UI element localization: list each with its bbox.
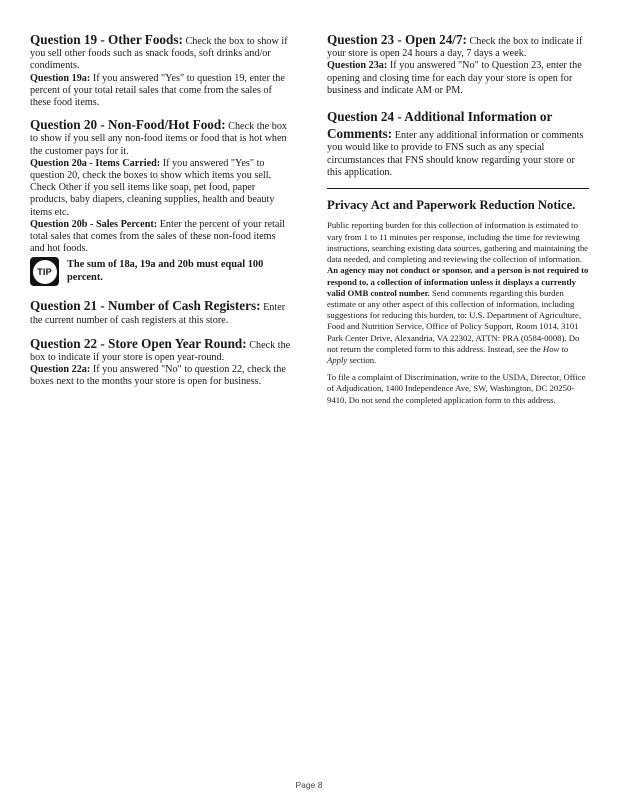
question-22a-label: Question 22a: <box>30 364 90 375</box>
tip-text: The sum of 18a, 19a and 20b must equal 1… <box>67 257 292 284</box>
section-divider <box>327 188 589 190</box>
privacy-text-1: Public reporting burden for this collect… <box>327 220 588 264</box>
left-column: Question 19 - Other Foods: Check the box… <box>30 33 292 398</box>
tip-icon-label: TIP <box>33 260 57 284</box>
question-21: Question 21 - Number of Cash Registers: … <box>30 299 292 326</box>
question-23a-label: Question 23a: <box>327 60 387 71</box>
question-19: Question 19 - Other Foods: Check the box… <box>30 33 292 109</box>
question-20a-label: Question 20a - Items Carried: <box>30 158 160 169</box>
privacy-notice-title: Privacy Act and Paperwork Reduction Noti… <box>327 198 589 212</box>
question-24: Question 24 - Additional Information or … <box>327 109 589 180</box>
question-23: Question 23 - Open 24/7: Check the box t… <box>327 33 589 97</box>
page-number: Page 8 <box>0 780 618 790</box>
privacy-notice-paragraph: Public reporting burden for this collect… <box>327 220 589 366</box>
question-19a-label: Question 19a: <box>30 73 90 84</box>
question-19-heading: Question 19 - Other Foods: <box>30 32 183 47</box>
question-20-heading: Question 20 - Non-Food/Hot Food: <box>30 117 226 132</box>
question-21-heading: Question 21 - Number of Cash Registers: <box>30 298 261 313</box>
tip-icon: TIP <box>30 257 59 286</box>
question-20: Question 20 - Non-Food/Hot Food: Check t… <box>30 118 292 255</box>
tip-callout: TIP The sum of 18a, 19a and 20b must equ… <box>30 257 292 286</box>
question-22-heading: Question 22 - Store Open Year Round: <box>30 336 247 351</box>
question-23-heading: Question 23 - Open 24/7: <box>327 32 467 47</box>
discrimination-complaint-paragraph: To file a complaint of Discrimination, w… <box>327 372 589 406</box>
right-column: Question 23 - Open 24/7: Check the box t… <box>327 33 589 412</box>
privacy-text-3: section. <box>347 355 376 365</box>
question-22: Question 22 - Store Open Year Round: Che… <box>30 337 292 389</box>
question-20b-label: Question 20b - Sales Percent: <box>30 219 157 230</box>
